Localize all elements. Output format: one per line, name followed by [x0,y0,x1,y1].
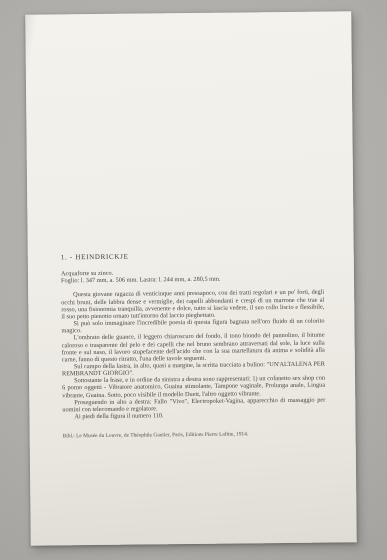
paragraph: Sottostante la frase, e in ordine da sin… [62,375,325,399]
text-block: 1. - HEINDRICKJE Acquaforte su zinco. Fo… [61,251,326,446]
document-page: 1. - HEINDRICKJE Acquaforte su zinco. Fo… [25,11,357,545]
paragraph: Ai piedi della figura il numero 110. [62,411,325,421]
bibliography-note: Bibl.: Le Musée du Louvre, de Théophile … [63,431,326,440]
paragraph: L'ombrato delle guance, il leggero chiar… [62,332,325,363]
dimensions-line: Foglio: l. 347 mm, a. 506 mm. Lastra: l.… [61,275,324,285]
plate-title: 1. - HEINDRICKJE [61,251,324,262]
paragraph: Questa giovane ragazza di venticinque an… [61,289,324,320]
description-paragraphs: Questa giovane ragazza di venticinque an… [61,289,325,421]
